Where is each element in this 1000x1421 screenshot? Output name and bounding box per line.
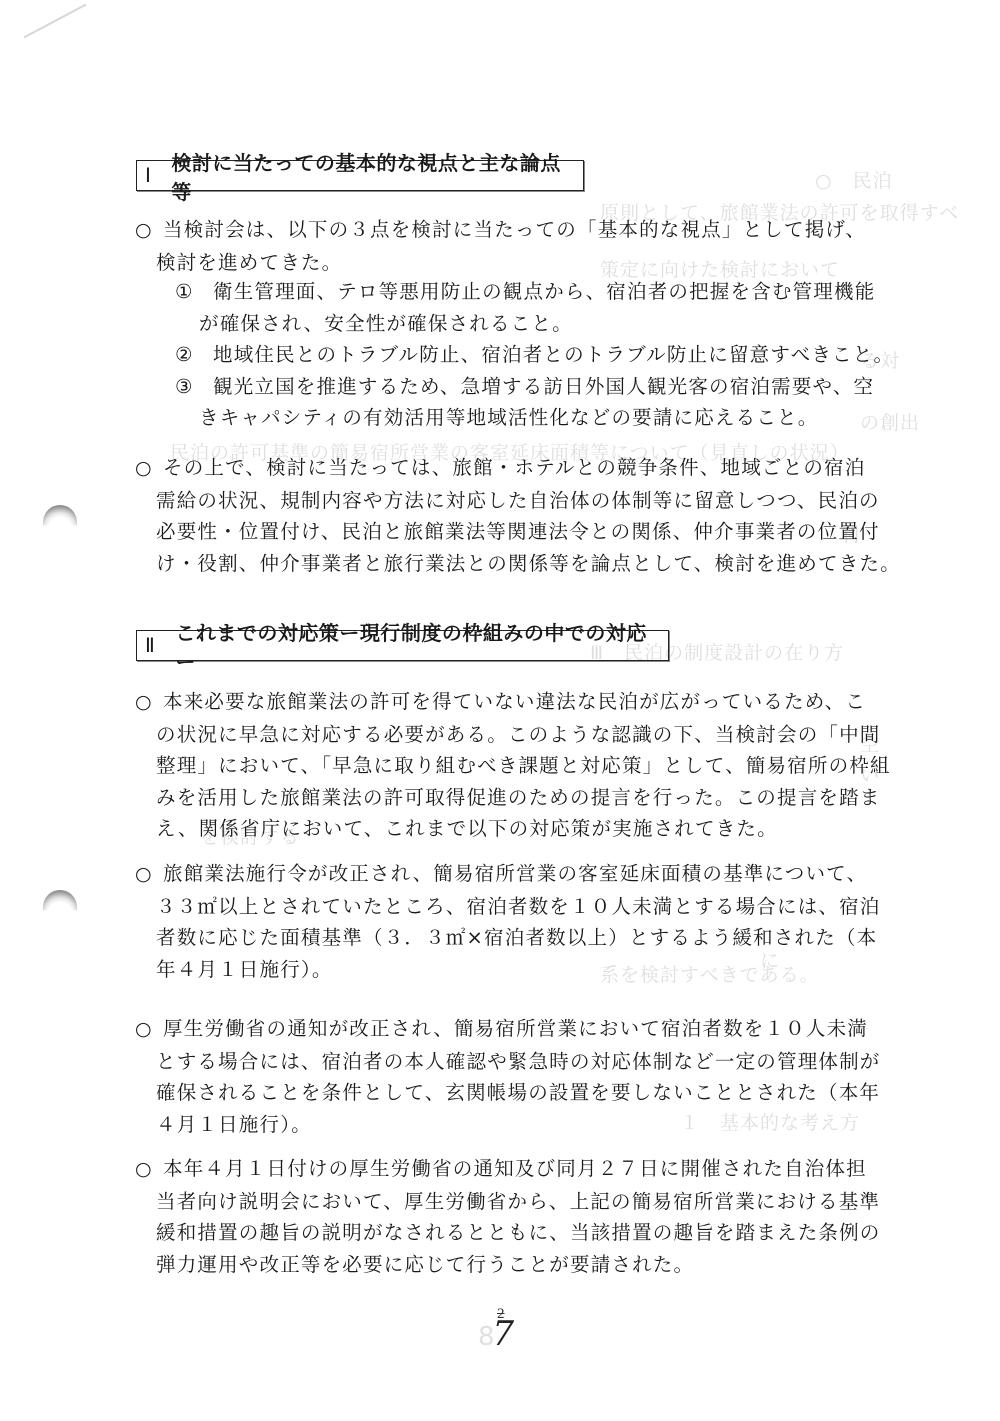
- section-2-title: これまでの対応策ー現行制度の枠組みの中での対応ー: [175, 617, 662, 675]
- section-2-paragraph-4: ○本年４月１日付けの厚生労働省の通知及び同月２７日に開催された自治体担 当者向け…: [135, 1153, 875, 1280]
- section-1-number: Ⅰ: [145, 163, 151, 188]
- paragraph-line: 整理」において、「早急に取り組むべき課題と対応策」として、簡易宿所の枠組: [135, 750, 875, 782]
- viewpoint-item: ②地域住民とのトラブル防止、宿泊者とのトラブル防止に留意すべきこと。: [175, 339, 885, 371]
- paragraph-line: 当者向け説明会において、厚生労働省から、上記の簡易宿所営業における基準: [135, 1186, 875, 1218]
- paragraph-line: とする場合には、宿泊者の本人確認や緊急時の対応体制など一定の管理体制が: [135, 1046, 875, 1078]
- viewpoint-marker: ③: [175, 371, 199, 403]
- section-1-paragraph-2: ○その上で、検討に当たっては、旅館・ホテルとの競争条件、地域ごとの宿泊 需給の状…: [135, 452, 875, 579]
- bullet-icon: ○: [135, 859, 160, 891]
- paragraph-line: 者数に応じた面積基準（３．３㎡×宿泊者数以上）とするよう緩和された（本: [135, 922, 875, 954]
- paragraph-line: ○本来必要な旅館業法の許可を得ていない違法な民泊が広がっているため、こ: [135, 686, 875, 719]
- section-1-title: 検討に当たっての基本的な視点と主な論点等: [171, 147, 577, 205]
- paragraph-line: え、関係省庁において、これまで以下の対応策が実施されてきた。: [135, 813, 875, 845]
- paragraph-line: 確保されることを条件として、玄関帳場の設置を要しないこととされた（本年: [135, 1077, 875, 1109]
- section-2-paragraph-3: ○厚生労働省の通知が改正され、簡易宿所営業において宿泊者数を１０人未満 とする場…: [135, 1013, 875, 1140]
- handwritten-page-number: 7: [488, 1314, 518, 1354]
- paragraph-line: ○厚生労働省の通知が改正され、簡易宿所営業において宿泊者数を１０人未満: [135, 1013, 875, 1046]
- paragraph-line: 緩和措置の趣旨の説明がなされるとともに、当該措置の趣旨を踏まえた条例の: [135, 1217, 875, 1249]
- paragraph-line: ○その上で、検討に当たっては、旅館・ホテルとの競争条件、地域ごとの宿泊: [135, 452, 875, 485]
- paragraph-line: 必要性・位置付け、民泊と旅館業法等関連法令との関係、仲介事業者の位置付: [135, 516, 875, 548]
- section-2-number: Ⅱ: [145, 633, 155, 658]
- viewpoint-item: ①衛生管理面、テロ等悪用防止の観点から、宿泊者の把握を含む管理機能: [175, 276, 885, 308]
- viewpoints-list: ①衛生管理面、テロ等悪用防止の観点から、宿泊者の把握を含む管理機能 が確保され、…: [175, 276, 885, 434]
- bullet-icon: ○: [135, 1014, 160, 1046]
- paragraph-line: ○旅館業法施行令が改正され、簡易宿所営業の客室延床面積の基準について、: [135, 858, 875, 891]
- viewpoint-marker: ①: [175, 276, 199, 308]
- viewpoint-item-continuation: が確保され、安全性が確保されること。: [175, 308, 885, 340]
- section-1-paragraph: ○当検討会は、以下の３点を検討に当たっての「基本的な視点」として掲げ、 検討を進…: [135, 214, 875, 278]
- bullet-icon: ○: [135, 687, 160, 719]
- viewpoint-item-continuation: きキャパシティの有効活用等地域活性化などの要請に応えること。: [175, 402, 885, 434]
- paragraph-line: ○本年４月１日付けの厚生労働省の通知及び同月２７日に開催された自治体担: [135, 1153, 875, 1186]
- section-1-heading: Ⅰ 検討に当たっての基本的な視点と主な論点等: [136, 160, 584, 191]
- punch-hole: [43, 890, 77, 924]
- paragraph-line: ４月１日施行）。: [135, 1109, 875, 1141]
- section-2-paragraph-2: ○旅館業法施行令が改正され、簡易宿所営業の客室延床面積の基準について、 ３３㎡以…: [135, 858, 875, 985]
- paragraph-line: け・役割、仲介事業者と旅行業法との関係等を論点として、検討を進めてきた。: [135, 548, 875, 580]
- section-2-paragraph-1: ○本来必要な旅館業法の許可を得ていない違法な民泊が広がっているため、こ の状況に…: [135, 686, 875, 845]
- paragraph-line: みを活用した旅館業法の許可取得促進のための提言を行った。この提言を踏ま: [135, 782, 875, 814]
- viewpoint-item: ③観光立国を推進するため、急増する訪日外国人観光客の宿泊需要や、空: [175, 371, 885, 403]
- viewpoint-marker: ②: [175, 339, 199, 371]
- bullet-icon: ○: [135, 1154, 160, 1186]
- paragraph-line: 需給の状況、規制内容や方法に対応した自治体の体制等に留意しつつ、民泊の: [135, 485, 875, 517]
- paragraph-line: の状況に早急に対応する必要がある。このような認識の下、当検討会の「中間: [135, 719, 875, 751]
- paragraph-line: 弾力運用や改正等を必要に応じて行うことが要請された。: [135, 1249, 875, 1281]
- paragraph-line: ○当検討会は、以下の３点を検討に当たっての「基本的な視点」として掲げ、: [135, 214, 875, 247]
- bullet-icon: ○: [135, 215, 160, 247]
- paragraph-line: ３３㎡以上とされていたところ、宿泊者数を１０人未満とする場合には、宿泊: [135, 891, 875, 923]
- bleed-through-text: ○ 民泊: [815, 166, 893, 193]
- document-page: ○ 民泊 原則として、旅館業法の許可を取得すべ 策定に向けた検討において る対 …: [0, 0, 1000, 1421]
- bullet-icon: ○: [135, 453, 160, 485]
- section-2-heading: Ⅱ これまでの対応策ー現行制度の枠組みの中での対応ー: [136, 630, 669, 661]
- paragraph-line: 検討を進めてきた。: [135, 247, 875, 279]
- punch-hole: [43, 505, 77, 539]
- scan-artifact: [24, 4, 87, 39]
- paragraph-line: 年４月１日施行）。: [135, 954, 875, 986]
